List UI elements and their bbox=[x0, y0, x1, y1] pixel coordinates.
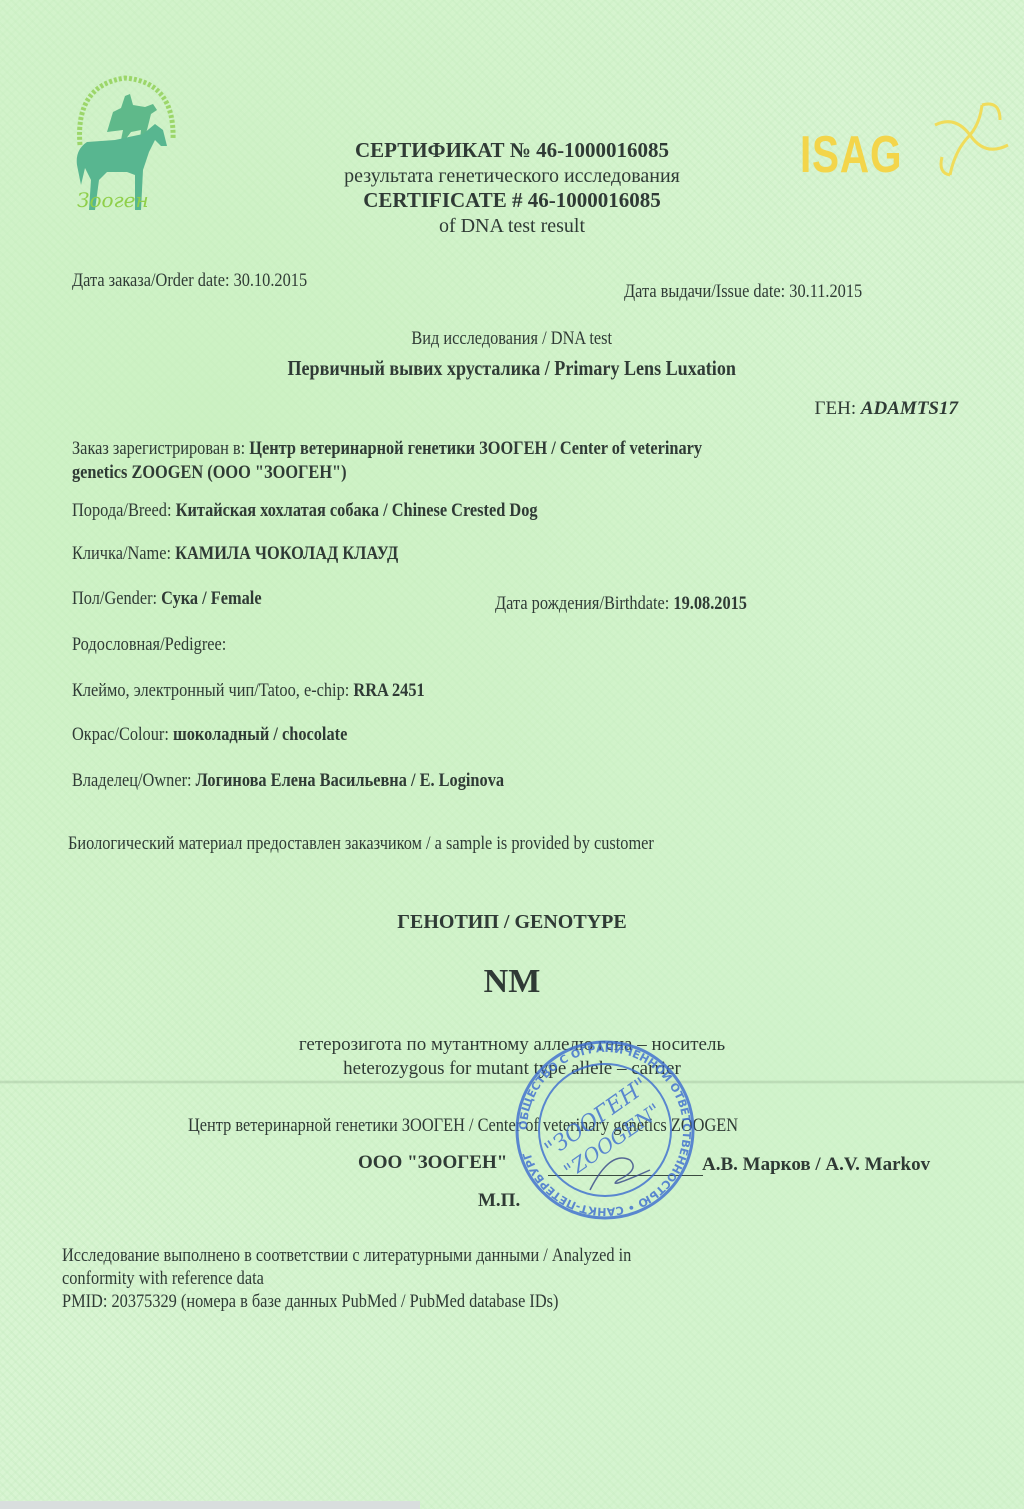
gender-value: Сука / Female bbox=[161, 588, 261, 609]
reference-note: Исследование выполнено в соответствии с … bbox=[62, 1245, 724, 1313]
sample-note: Биологический материал предоставлен зака… bbox=[68, 833, 749, 855]
dog-name-value: КАМИЛА ЧОКОЛАД КЛАУД bbox=[175, 543, 398, 564]
dog-name: Кличка/Name: КАМИЛА ЧОКОЛАД КЛАУД bbox=[72, 543, 451, 565]
gene: ГЕН: ADAMTS17 bbox=[815, 398, 958, 420]
colour-value: шоколадный / chocolate bbox=[173, 724, 347, 745]
birthdate: Дата рождения/Birthdate: 19.08.2015 bbox=[495, 593, 788, 615]
reference-pmid: PMID: 20375329 (номера в базе данных Pub… bbox=[62, 1291, 558, 1312]
registered-value-line1: Центр ветеринарной генетики ЗООГЕН / Cen… bbox=[249, 438, 702, 459]
breed-label: Порода/Breed: bbox=[72, 500, 172, 521]
pedigree: Родословная/Pedigree: bbox=[72, 634, 251, 656]
signature-org: ООО "ЗООГЕН" bbox=[358, 1152, 507, 1174]
order-date-value: 30.10.2015 bbox=[234, 270, 308, 291]
issue-date: Дата выдачи/Issue date: 30.11.2015 bbox=[624, 281, 901, 303]
registered-value-line2: genetics ZOOGEN (ООО "ЗООГЕН") bbox=[72, 462, 347, 483]
chip: Клеймо, электронный чип/Tatoo, e-chip: R… bbox=[72, 680, 482, 702]
registered-label: Заказ зарегистрирован в: bbox=[72, 438, 245, 459]
official-stamp: ОБЩЕСТВО С ОГРАНИЧЕННОЙ ОТВЕТСТВЕННОСТЬЮ… bbox=[500, 1040, 710, 1220]
colour-label: Окрас/Colour: bbox=[72, 724, 169, 745]
breed-value: Китайская хохлатая собака / Chinese Cres… bbox=[176, 500, 538, 521]
signature-signer: А.В. Марков / A.V. Markov bbox=[702, 1154, 930, 1176]
svg-text:ОБЩЕСТВО С ОГРАНИЧЕННОЙ ОТВЕТС: ОБЩЕСТВО С ОГРАНИЧЕННОЙ ОТВЕТСТВЕННОСТЬЮ… bbox=[517, 1042, 693, 1218]
owner-label: Владелец/Owner: bbox=[72, 770, 192, 791]
dna-test-name: Первичный вывих хрусталика / Primary Len… bbox=[0, 356, 1024, 381]
certificate-title-en: CERTIFICATE # 46-1000016085 bbox=[0, 188, 1024, 214]
genotype-title: ГЕНОТИП / GENOTYPE bbox=[0, 911, 1024, 934]
order-date: Дата заказа/Order date: 30.10.2015 bbox=[72, 270, 345, 292]
registered-at: Заказ зарегистрирован в: Центр ветеринар… bbox=[72, 437, 805, 485]
gender-label: Пол/Gender: bbox=[72, 588, 157, 609]
gene-value: ADAMTS17 bbox=[861, 398, 958, 419]
owner: Владелец/Owner: Логинова Елена Васильевн… bbox=[72, 770, 574, 792]
issue-date-label: Дата выдачи/Issue date: bbox=[624, 281, 785, 302]
order-date-label: Дата заказа/Order date: bbox=[72, 270, 230, 291]
reference-line1: Исследование выполнено в соответствии с … bbox=[62, 1245, 631, 1266]
birthdate-value: 19.08.2015 bbox=[673, 593, 747, 614]
certificate-subtitle-ru: результата генетического исследования bbox=[0, 164, 1024, 188]
birthdate-label: Дата рождения/Birthdate: bbox=[495, 593, 669, 614]
breed: Порода/Breed: Китайская хохлатая собака … bbox=[72, 500, 613, 522]
issue-date-value: 30.11.2015 bbox=[789, 281, 862, 302]
gender: Пол/Gender: Сука / Female bbox=[72, 588, 292, 610]
certificate-subtitle-en: of DNA test result bbox=[0, 214, 1024, 238]
dog-name-label: Кличка/Name: bbox=[72, 543, 171, 564]
chip-value: RRA 2451 bbox=[353, 680, 424, 701]
scan-edge bbox=[0, 1501, 420, 1509]
chip-label: Клеймо, электронный чип/Tatoo, e-chip: bbox=[72, 680, 349, 701]
dna-test-label: Вид исследования / DNA test bbox=[0, 328, 1024, 350]
pedigree-label: Родословная/Pedigree: bbox=[72, 634, 226, 655]
round-stamp-icon: ОБЩЕСТВО С ОГРАНИЧЕННОЙ ОТВЕТСТВЕННОСТЬЮ… bbox=[500, 1040, 710, 1220]
colour: Окрас/Colour: шоколадный / chocolate bbox=[72, 724, 392, 746]
certificate-header: СЕРТИФИКАТ № 46-1000016085 результата ге… bbox=[0, 138, 1024, 238]
owner-value: Логинова Елена Васильевна / E. Loginova bbox=[196, 770, 504, 791]
gene-label: ГЕН: bbox=[815, 398, 857, 419]
certificate-title-ru: СЕРТИФИКАТ № 46-1000016085 bbox=[0, 138, 1024, 164]
genotype-value: NM bbox=[0, 963, 1024, 1001]
reference-line2: conformity with reference data bbox=[62, 1268, 264, 1289]
